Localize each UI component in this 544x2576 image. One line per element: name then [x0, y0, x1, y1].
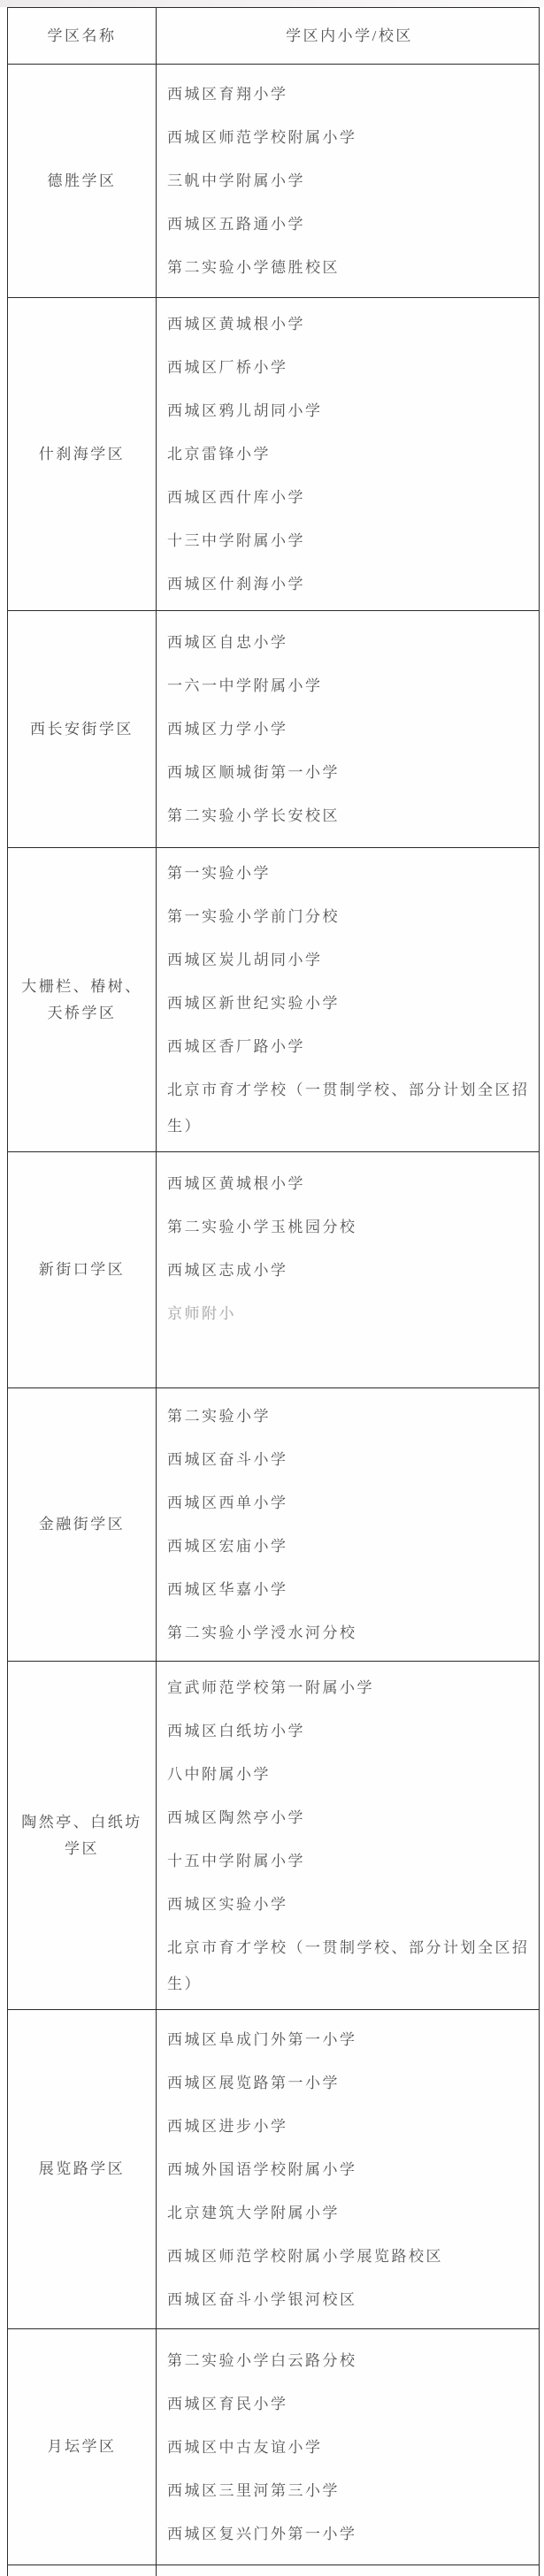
school-item: 西城区奋斗小学银河校区 [167, 2278, 532, 2321]
school-item: 十五中学附属小学 [167, 1839, 532, 1883]
school-item: 西城区师范学校附属小学 [167, 116, 532, 159]
school-item: 西城区鸦儿胡同小学 [167, 389, 532, 432]
school-item: 第二实验小学白云路分校 [167, 2339, 532, 2382]
school-item-blank [167, 1335, 532, 1379]
schools-cell: 第二实验小学 西城区奋斗小学 西城区西单小学 西城区宏庙小学 西城区华嘉小学 第… [157, 1388, 540, 1662]
table-header-row: 学区名称 学区内小学/校区 [8, 8, 540, 65]
district-label: 月坛学区 [20, 2434, 144, 2460]
schools-cell: 西城区黄城根小学 西城区厂桥小学 西城区鸦儿胡同小学 北京雷锋小学 西城区西什库… [157, 298, 540, 611]
school-item: 北京市育才学校（一贯制学校、部分计划全区招生） [167, 1068, 532, 1148]
school-item: 西城区三里河第三小学 [167, 2469, 532, 2512]
table-row: 大栅栏、椿树、天桥学区 第一实验小学 第一实验小学前门分校 西城区炭儿胡同小学 … [8, 848, 540, 1152]
school-item: 北京雷锋小学 [167, 432, 532, 476]
district-cell: 展览路学区 [8, 2010, 157, 2329]
district-cell: 西长安街学区 [8, 611, 157, 848]
page-top-strip [0, 0, 544, 7]
school-item: 宣武师范学校第一附属小学 [167, 1666, 532, 1709]
district-label: 什刹海学区 [20, 441, 144, 468]
school-item: 西城区陶然亭小学 [167, 1796, 532, 1839]
district-label: 陶然亭、白纸坊学区 [20, 1809, 144, 1862]
table-row: 金融街学区 第二实验小学 西城区奋斗小学 西城区西单小学 西城区宏庙小学 西城区… [8, 1388, 540, 1662]
district-label: 新街口学区 [20, 1257, 144, 1283]
schools-cell: 宣武师范学校第一附属小学 西城区白纸坊小学 八中附属小学 西城区陶然亭小学 十五… [157, 1662, 540, 2010]
school-item: 西城区白纸坊小学 [167, 1709, 532, 1753]
schools-cell: 第一实验小学 第一实验小学前门分校 西城区炭儿胡同小学 西城区新世纪实验小学 西… [157, 848, 540, 1152]
district-cell: 金融街学区 [8, 1388, 157, 1662]
table-row: 西长安街学区 西城区自忠小学 一六一中学附属小学 西城区力学小学 西城区顺城街第… [8, 611, 540, 848]
school-item: 西城区展览路第一小学 [167, 2061, 532, 2105]
school-item: 西城区宏庙小学 [167, 1525, 532, 1568]
header-cell-schools: 学区内小学/校区 [157, 8, 540, 65]
school-item: 北京市育才学校（一贯制学校、部分计划全区招生） [167, 1926, 532, 2006]
school-item: 西城区实验小学 [167, 1883, 532, 1926]
school-item: 十三中学附属小学 [167, 519, 532, 562]
school-item: 西城区顺城街第一小学 [167, 751, 532, 794]
school-item: 西城区黄城根小学 [167, 302, 532, 346]
district-cell: 月坛学区 [8, 2329, 157, 2565]
school-item: 西城区新世纪实验小学 [167, 982, 532, 1025]
school-item: 西城区黄城根小学 [167, 1162, 532, 1205]
district-label: 大栅栏、椿树、天桥学区 [20, 974, 144, 1027]
school-item: 北京建筑大学附属小学 [167, 2191, 532, 2235]
school-item: 三帆中学附属小学 [167, 159, 532, 203]
school-item: 西城区炭儿胡同小学 [167, 938, 532, 982]
district-label: 展览路学区 [20, 2156, 144, 2182]
header-label-district-name: 学区名称 [48, 23, 117, 50]
school-item: 第二实验小学长安校区 [167, 794, 532, 837]
school-item: 西城区香厂路小学 [167, 1025, 532, 1068]
schools-cell: 西城区阜成门外第一小学 西城区展览路第一小学 西城区进步小学 西城外国语学校附属… [157, 2010, 540, 2329]
table-row: 什刹海学区 西城区黄城根小学 西城区厂桥小学 西城区鸦儿胡同小学 北京雷锋小学 … [8, 298, 540, 611]
district-cell: 德胜学区 [8, 65, 157, 298]
school-item: 西城区力学小学 [167, 707, 532, 751]
district-cell: 陶然亭、白纸坊学区 [8, 1662, 157, 2010]
district-label: 西长安街学区 [20, 716, 144, 743]
school-item: 西城区育翔小学 [167, 73, 532, 116]
district-table: 学区名称 学区内小学/校区 德胜学区 西城区育翔小学 西城区师范学校附属小学 三… [7, 7, 540, 2576]
district-label: 金融街学区 [20, 1511, 144, 1538]
school-item: 西城区自忠小学 [167, 621, 532, 664]
school-item: 西城区中古友谊小学 [167, 2426, 532, 2469]
school-item: 西城区育民小学 [167, 2382, 532, 2426]
school-item: 西城区进步小学 [167, 2105, 532, 2148]
school-item: 第二实验小学玉桃园分校 [167, 1205, 532, 1249]
schools-cell: 西城区育翔小学 西城区师范学校附属小学 三帆中学附属小学 西城区五路通小学 第二… [157, 65, 540, 298]
school-item: 西城区华嘉小学 [167, 1568, 532, 1611]
table-row: 德胜学区 西城区育翔小学 西城区师范学校附属小学 三帆中学附属小学 西城区五路通… [8, 65, 540, 298]
district-cell [8, 2565, 157, 2576]
school-item: 第二实验小学 [167, 1395, 532, 1438]
schools-cell: 西城区黄城根小学 第二实验小学玉桃园分校 西城区志成小学 京师附小 [157, 1152, 540, 1388]
school-item: 西城区西什库小学 [167, 476, 532, 519]
school-item: 第一实验小学 [167, 852, 532, 895]
table-row: 月坛学区 第二实验小学白云路分校 西城区育民小学 西城区中古友谊小学 西城区三里… [8, 2329, 540, 2565]
district-cell: 新街口学区 [8, 1152, 157, 1388]
school-item: 第二实验小学德胜校区 [167, 246, 532, 289]
school-item: 西城区什刹海小学 [167, 562, 532, 606]
table-row: 新街口学区 西城区黄城根小学 第二实验小学玉桃园分校 西城区志成小学 京师附小 [8, 1152, 540, 1388]
table-row: 展览路学区 西城区阜成门外第一小学 西城区展览路第一小学 西城区进步小学 西城外… [8, 2010, 540, 2329]
table-row-partial [8, 2565, 540, 2576]
school-item: 西城区奋斗小学 [167, 1438, 532, 1481]
table-row: 陶然亭、白纸坊学区 宣武师范学校第一附属小学 西城区白纸坊小学 八中附属小学 西… [8, 1662, 540, 2010]
district-label: 德胜学区 [20, 168, 144, 195]
school-item: 第一实验小学前门分校 [167, 895, 532, 938]
school-item: 西城区志成小学 [167, 1249, 532, 1292]
district-cell: 什刹海学区 [8, 298, 157, 611]
header-cell-district-name: 学区名称 [8, 8, 157, 65]
school-item: 西城区西单小学 [167, 1481, 532, 1525]
schools-cell: 第二实验小学白云路分校 西城区育民小学 西城区中古友谊小学 西城区三里河第三小学… [157, 2329, 540, 2565]
school-item: 京师附小 [167, 1292, 532, 1335]
schools-cell [157, 2565, 540, 2576]
school-item: 西城区阜成门外第一小学 [167, 2018, 532, 2061]
school-item: 西城区五路通小学 [167, 203, 532, 246]
header-label-schools: 学区内小学/校区 [286, 23, 413, 50]
school-item: 西城区复兴门外第一小学 [167, 2512, 532, 2556]
school-item: 西城区师范学校附属小学展览路校区 [167, 2235, 532, 2278]
school-item: 西城区厂桥小学 [167, 346, 532, 389]
district-cell: 大栅栏、椿树、天桥学区 [8, 848, 157, 1152]
school-item: 西城外国语学校附属小学 [167, 2148, 532, 2191]
school-item: 八中附属小学 [167, 1753, 532, 1796]
schools-cell: 西城区自忠小学 一六一中学附属小学 西城区力学小学 西城区顺城街第一小学 第二实… [157, 611, 540, 848]
school-item: 一六一中学附属小学 [167, 664, 532, 707]
school-item: 第二实验小学涭水河分校 [167, 1611, 532, 1655]
